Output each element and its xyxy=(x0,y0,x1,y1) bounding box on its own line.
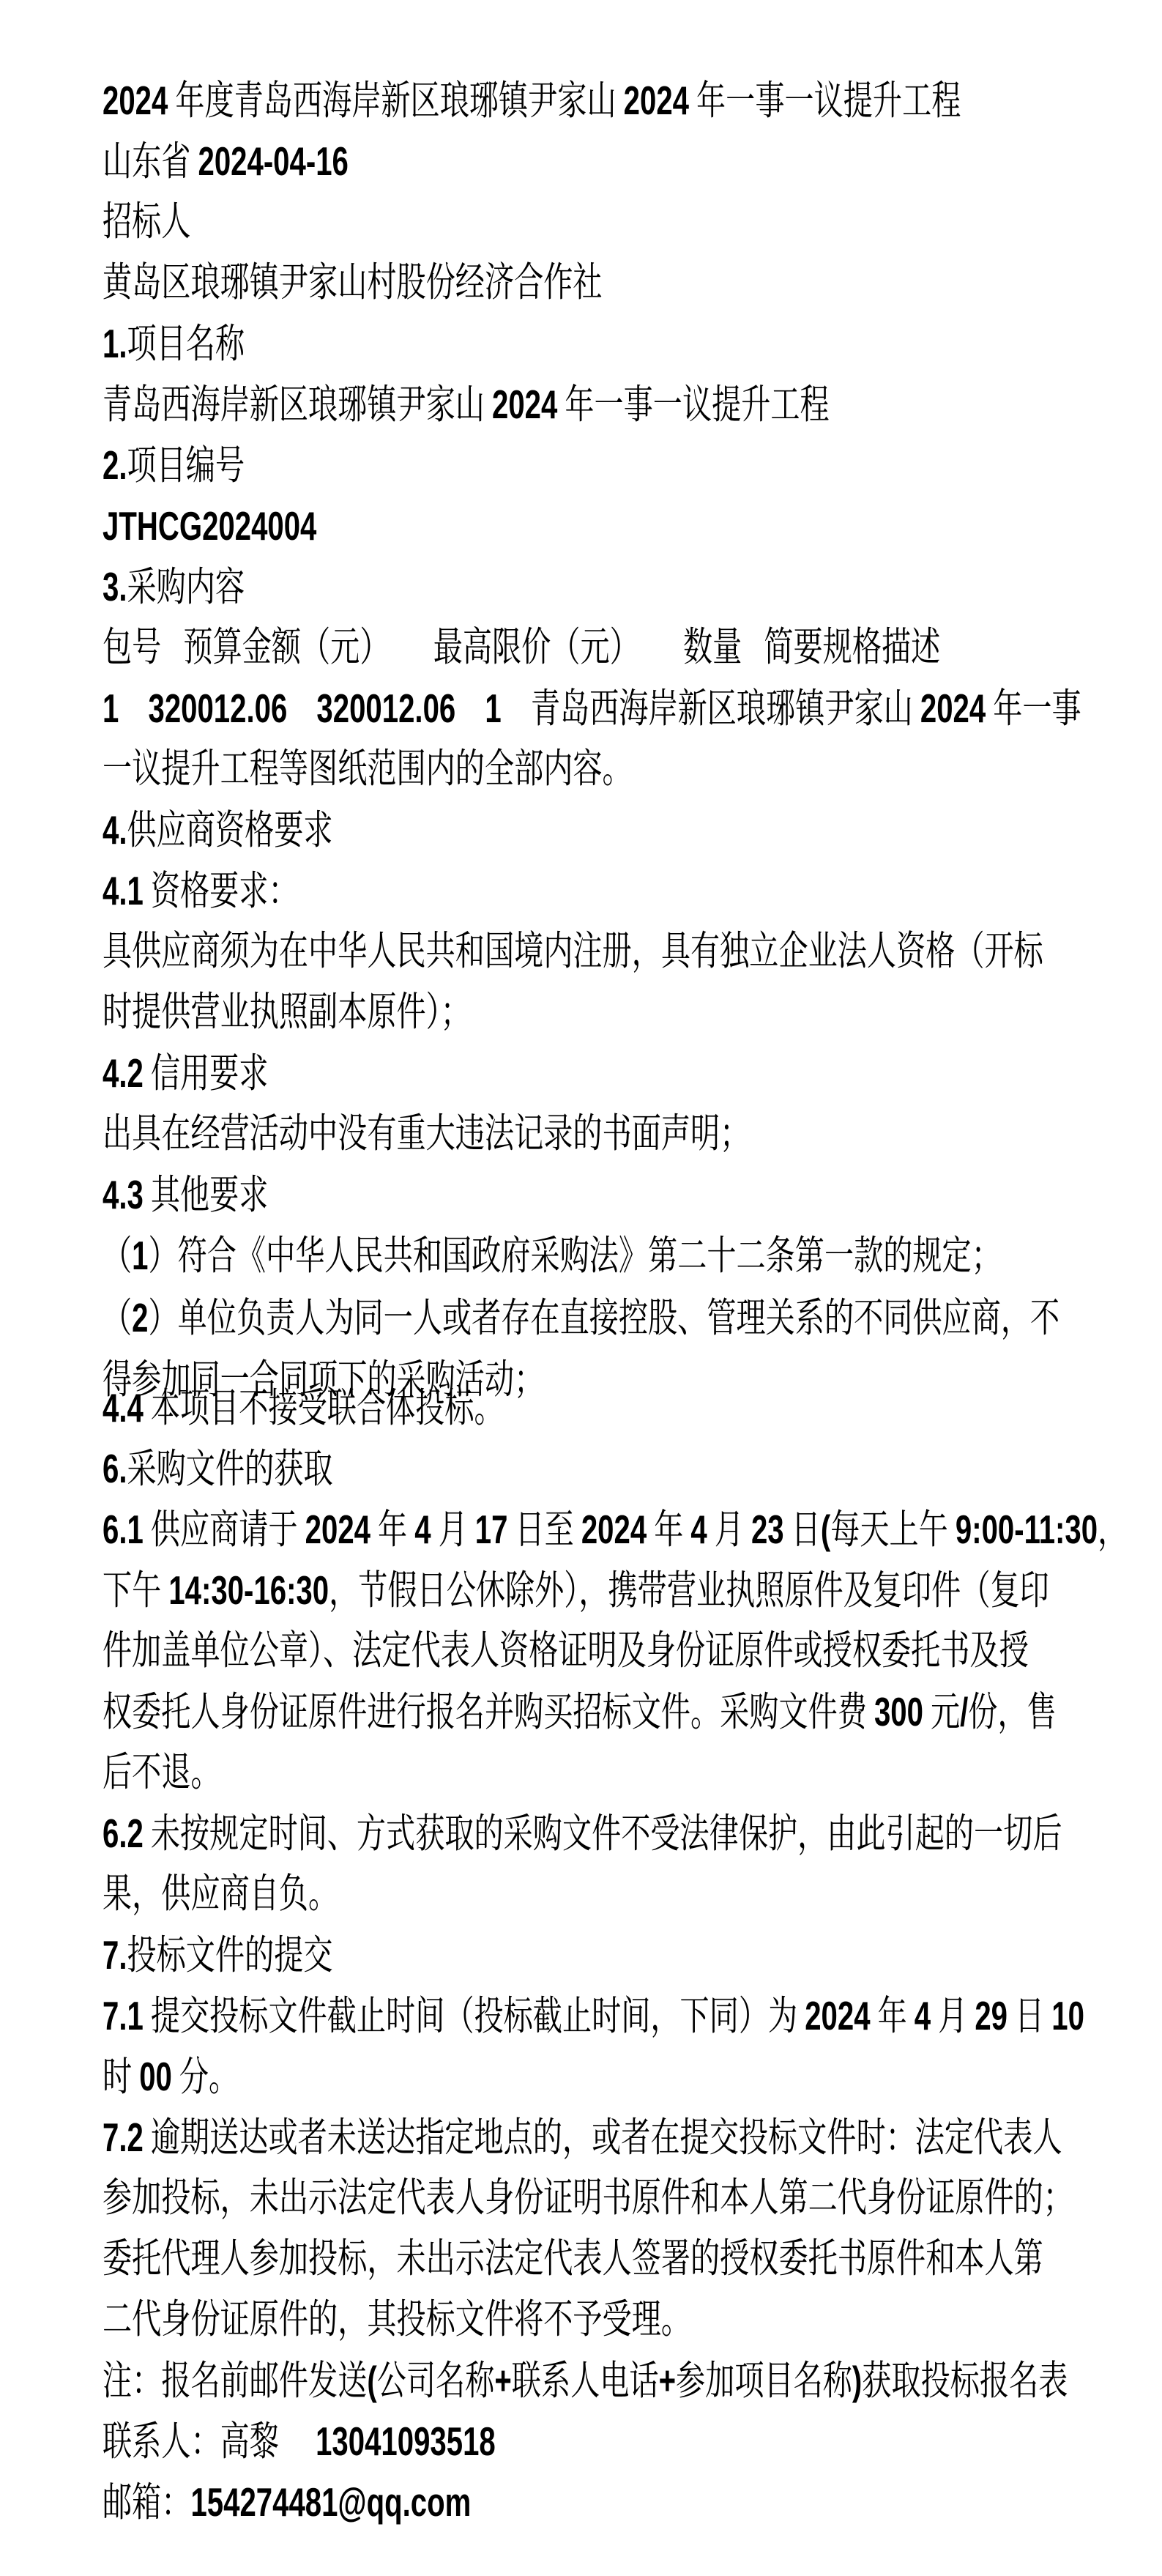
ascii-text-run: 2024 xyxy=(492,382,557,427)
tenderer-name: 黄岛区琅琊镇尹家山村股份经济合作社 xyxy=(103,261,603,304)
text-line: 具供应商须为在中华人民共和国境内注册，具有独立企业法人资格（开标 xyxy=(103,930,1043,973)
ascii-text-run: 4.4 xyxy=(103,1385,144,1430)
section-4-3-heading: 4.3 其他要求 xyxy=(103,1173,268,1217)
text-line: 出具在经营活动中没有重大违法记录的书面声明； xyxy=(103,1113,749,1155)
ascii-text-run: 14:30-16:30 xyxy=(168,1567,329,1613)
ascii-text-run: 4.2 xyxy=(103,1050,144,1096)
text-line: 6.2 未按规定时间、方式获取的采购文件不受法律保护，由此引起的一切后 xyxy=(103,1812,1062,1855)
ascii-text-run: 1. xyxy=(103,321,127,366)
ascii-text-run: ( xyxy=(821,1507,830,1552)
ascii-text-run: 4.1 xyxy=(103,868,144,913)
section-7-heading: 7.投标文件的提交 xyxy=(103,1934,333,1977)
ascii-text-run: 300 xyxy=(874,1689,923,1734)
contact-person-line: 联系人：高黎 13041093518 xyxy=(103,2420,496,2463)
text-line: 后不退。 xyxy=(103,1751,220,1794)
ascii-text-run: 154274481@qq.com xyxy=(190,2479,471,2525)
section-1-heading: 1.项目名称 xyxy=(103,322,245,365)
text-line: （1）符合《中华人民共和国政府采购法》第二十二条第一款的规定； xyxy=(103,1234,1001,1277)
ascii-text-run: 4 xyxy=(690,1507,707,1552)
ascii-text-run: + xyxy=(494,2358,511,2403)
contact-email-line: 邮箱：154274481@qq.com xyxy=(103,2481,471,2524)
ascii-text-run: 4 xyxy=(414,1507,431,1552)
section-2-heading: 2.项目编号 xyxy=(103,444,245,487)
ascii-text-run: 320012.06 xyxy=(316,686,455,731)
document-page: 2024 年度青岛西海岸新区琅琊镇尹家山 2024 年一事一议提升工程 山东省 … xyxy=(0,0,1162,2576)
section-3-heading: 3.采购内容 xyxy=(103,565,245,609)
ascii-text-run: 2024 xyxy=(581,1507,647,1552)
ascii-text-run: 6.2 xyxy=(103,1811,144,1856)
project-name: 青岛西海岸新区琅琊镇尹家山 2024 年一事一议提升工程 xyxy=(103,383,830,426)
ascii-text-run: 2024 xyxy=(624,78,689,123)
tenderer-label: 招标人 xyxy=(103,201,190,243)
section-6-heading: 6.采购文件的获取 xyxy=(103,1447,333,1491)
ascii-text-run: 3. xyxy=(103,564,127,609)
table-data-row: 1 320012.06 320012.06 1 青岛西海岸新区琅琊镇尹家山 20… xyxy=(103,687,1081,730)
text-line: 参加投标，未出示法定代表人身份证明书原件和本人第二代身份证原件的； xyxy=(103,2177,1073,2219)
project-number: JTHCG2024004 xyxy=(103,505,316,548)
ascii-text-run: 9:00-11:30 xyxy=(956,1507,1098,1552)
section-4-4-line: 4.4 本项目不接受联合体投标。 xyxy=(103,1387,504,1430)
ascii-text-run: 2024 xyxy=(305,1507,370,1552)
table-data-row-cont: 一议提升工程等图纸范围内的全部内容。 xyxy=(103,748,632,790)
ascii-text-run: 2024 xyxy=(805,1993,870,2038)
ascii-text-run: 1 xyxy=(132,1233,148,1278)
table-header-row: 包号 预算金额（元） 最高限价（元） 数量 简要规格描述 xyxy=(103,626,940,669)
ascii-text-run: / xyxy=(960,1689,968,1734)
ascii-text-run: 10 xyxy=(1051,1993,1084,2038)
text-line: 7.2 逾期送达或者未送达指定地点的，或者在提交投标文件时：法定代表人 xyxy=(103,2116,1062,2159)
section-4-1-heading: 4.1 资格要求： xyxy=(103,869,298,913)
ascii-text-run: 7.1 xyxy=(103,1993,144,2038)
ascii-text-run: 2024 xyxy=(920,686,986,731)
text-line: 6.1 供应商请于 2024 年 4 月 17 日至 2024 年 4 月 23… xyxy=(103,1508,1127,1551)
ascii-text-run: 2. xyxy=(103,442,127,488)
ascii-text-run: 2024 xyxy=(103,78,168,123)
ascii-text-run: 2024-04-16 xyxy=(198,138,348,184)
ascii-text-run: 17 xyxy=(475,1507,508,1552)
ascii-text-run: JTHCG2024004 xyxy=(103,503,316,549)
text-line: 下午 14:30-16:30，节假日公休除外），携带营业执照原件及复印件（复印 xyxy=(103,1569,1049,1612)
ascii-text-run: ) xyxy=(852,2358,862,2403)
ascii-text-run: 7.2 xyxy=(103,2115,144,2160)
ascii-text-run: 23 xyxy=(751,1507,784,1552)
ascii-text-run: 1 xyxy=(103,686,119,731)
text-line: 权委托人身份证原件进行报名并购买招标文件。采购文件费 300 元/份，售 xyxy=(103,1690,1057,1734)
ascii-text-run: 7. xyxy=(103,1932,127,1978)
ascii-text-run: 6.1 xyxy=(103,1507,144,1552)
text-line: 果，供应商自负。 xyxy=(103,1873,338,1915)
ascii-text-run: 29 xyxy=(975,1993,1008,2038)
note-line: 注：报名前邮件发送(公司名称+联系人电话+参加项目名称)获取投标报名表 xyxy=(103,2359,1068,2402)
ascii-text-run: 4 xyxy=(915,1993,931,2038)
text-line: 时 00 分。 xyxy=(103,2055,238,2098)
ascii-text-run: 6. xyxy=(103,1446,127,1491)
ascii-text-run: 4.3 xyxy=(103,1172,144,1217)
text-line: 二代身份证原件的，其投标文件将不予受理。 xyxy=(103,2298,690,2341)
ascii-text-run: 00 xyxy=(139,2054,172,2099)
text-line: 7.1 提交投标文件截止时间（投标截止时间，下同）为 2024 年 4 月 29… xyxy=(103,1994,1084,2038)
ascii-text-run: 1 xyxy=(485,686,501,731)
text-line: 时提供营业执照副本原件）； xyxy=(103,991,470,1033)
text-line: （2）单位负责人为同一人或者存在直接控股、管理关系的不同供应商，不 xyxy=(103,1296,1059,1340)
text-line: 件加盖单位公章）、法定代表人资格证明及身份证原件或授权委托书及授 xyxy=(103,1630,1029,1672)
section-4-heading: 4.供应商资格要求 xyxy=(103,809,333,852)
province-date: 山东省 2024-04-16 xyxy=(103,140,349,183)
ascii-text-run: 320012.06 xyxy=(148,686,287,731)
section-4-2-heading: 4.2 信用要求 xyxy=(103,1052,268,1095)
doc-title: 2024 年度青岛西海岸新区琅琊镇尹家山 2024 年一事一议提升工程 xyxy=(103,79,961,122)
ascii-text-run: ( xyxy=(367,2358,376,2403)
ascii-text-run: 2 xyxy=(132,1295,148,1340)
text-line: 委托代理人参加投标，未出示法定代表人签署的授权委托书原件和本人第 xyxy=(103,2238,1043,2280)
ascii-text-run: + xyxy=(659,2358,676,2403)
ascii-text-run: 4. xyxy=(103,807,127,853)
ascii-text-run: 13041093518 xyxy=(316,2419,496,2464)
